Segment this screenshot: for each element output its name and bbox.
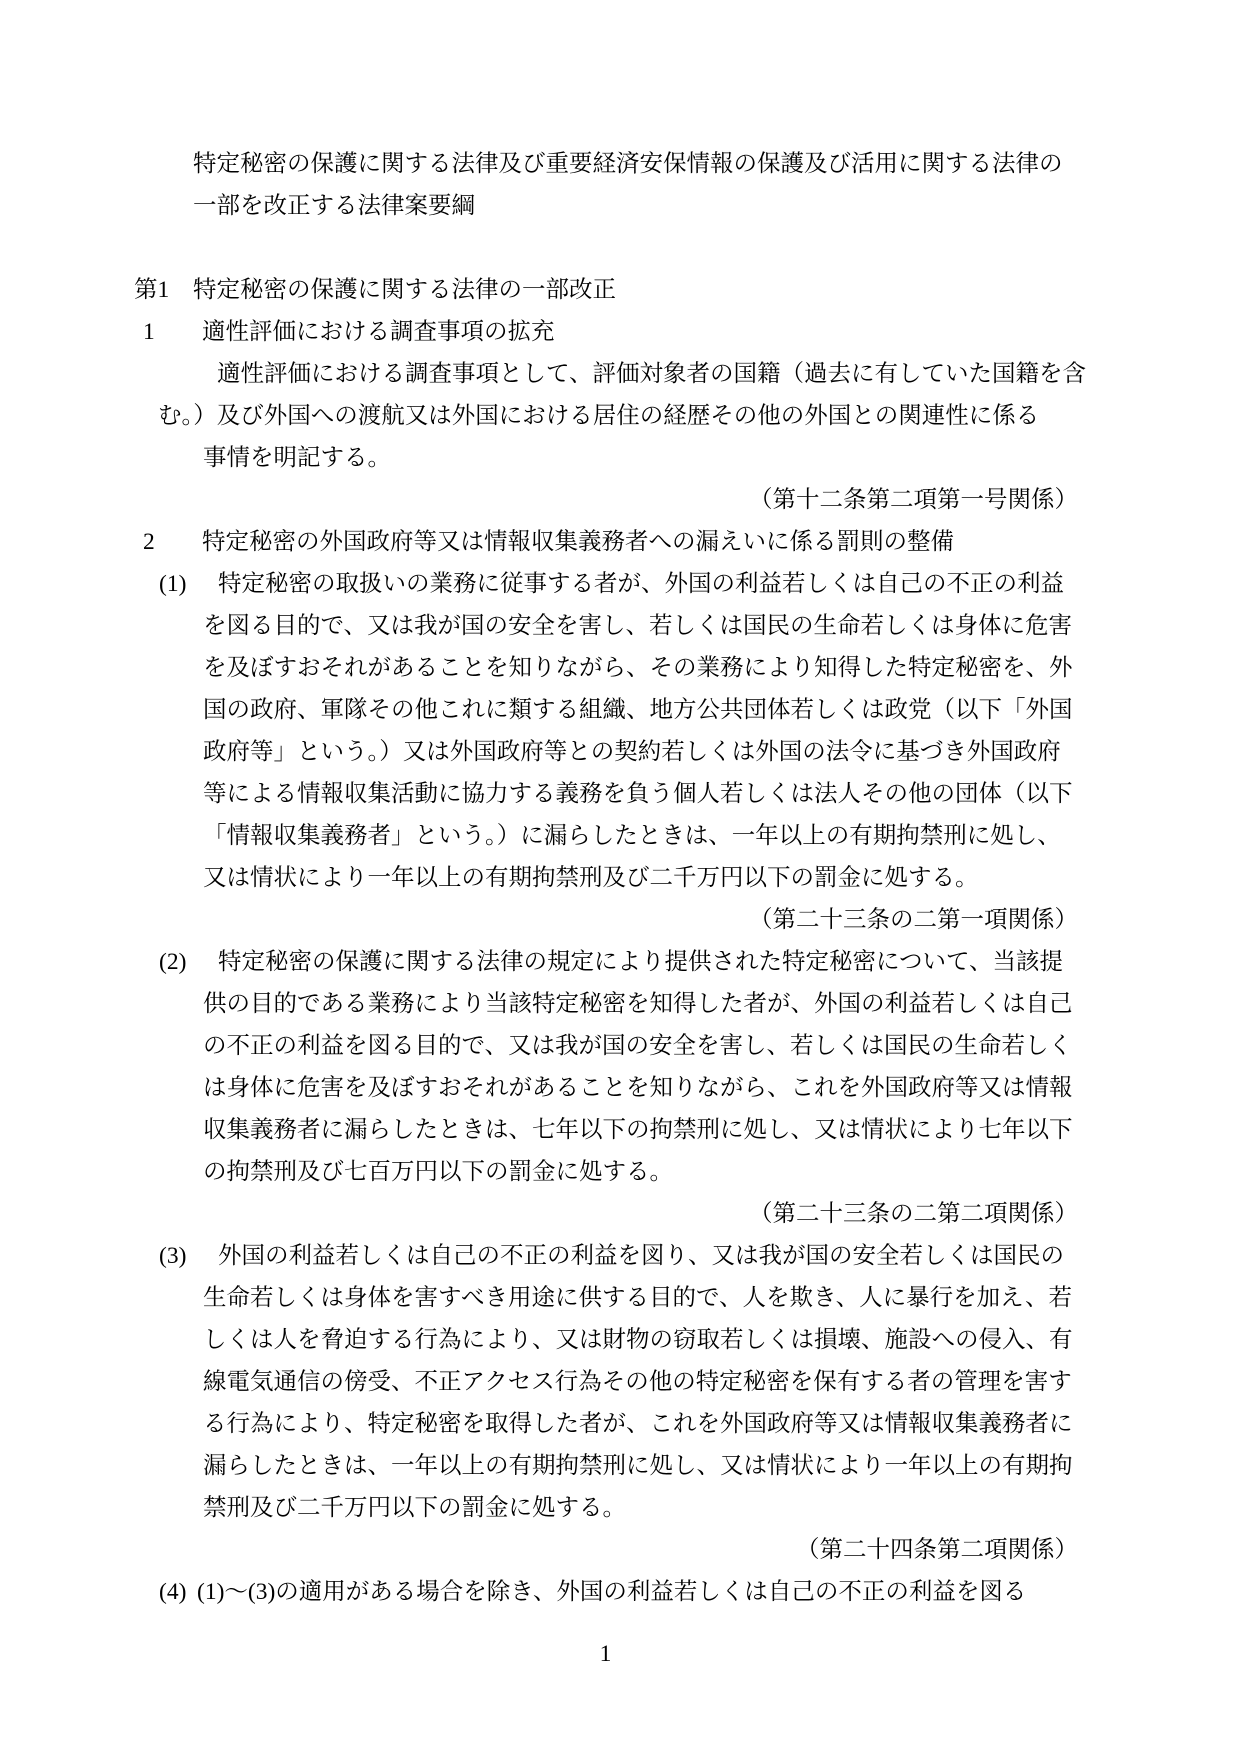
- document-title-line: 特定秘密の保護に関する法律及び重要経済安保情報の保護及び活用に関する法律の: [0, 143, 1239, 185]
- line-text: 禁刑及び二千万円以下の罰金に処する。: [203, 1487, 626, 1529]
- paragraph-line: しくは人を脅迫する行為により、又は財物の窃取若しくは損壊、施設への侵入、有: [0, 1319, 1239, 1361]
- paragraph-line: む。）及び外国への渡航又は外国における居住の経歴その他の外国との関連性に係る: [0, 395, 1239, 437]
- article-reference: （第二十三条の二第二項関係）: [0, 1193, 1239, 1235]
- paragraph-line: 政府等」という。）又は外国政府等との契約若しくは外国の法令に基づき外国政府: [0, 731, 1239, 773]
- article-reference: （第二十四条第二項関係）: [0, 1529, 1239, 1571]
- paragraph-line: を及ぼすおそれがあることを知りながら、その業務により知得した特定秘密を、外: [0, 647, 1239, 689]
- item-heading: 1適性評価における調査事項の拡充: [0, 311, 1239, 353]
- paragraph-first-line: (1)特定秘密の取扱いの業務に従事する者が、外国の利益若しくは自己の不正の利益: [0, 563, 1239, 605]
- line-text: む。）及び外国への渡航又は外国における居住の経歴その他の外国との関連性に係る: [158, 395, 1039, 437]
- paragraph-line: 又は情状により一年以上の有期拘禁刑及び二千万円以下の罰金に処する。: [0, 857, 1239, 899]
- line-text: （第二十三条の二第一項関係）: [749, 899, 1078, 941]
- line-text: を図る目的で、又は我が国の安全を害し、若しくは国民の生命若しくは身体に危害: [203, 605, 1072, 647]
- line-text: る行為により、特定秘密を取得した者が、これを外国政府等又は情報収集義務者に: [203, 1403, 1073, 1445]
- line-text: 特定秘密の外国政府等又は情報収集義務者への漏えいに係る罰則の整備: [202, 521, 954, 563]
- line-text: 供の目的である業務により当該特定秘密を知得した者が、外国の利益若しくは自己: [203, 983, 1073, 1025]
- line-text: 政府等」という。）又は外国政府等との契約若しくは外国の法令に基づき外国政府: [203, 731, 1061, 773]
- paragraph-line: 禁刑及び二千万円以下の罰金に処する。: [0, 1487, 1239, 1529]
- line-text: (1)～(3)の適用がある場合を除き、外国の利益若しくは自己の不正の利益を図る: [197, 1571, 1026, 1613]
- line-text: 国の政府、軍隊その他これに類する組織、地方公共団体若しくは政党（以下「外国: [203, 689, 1073, 731]
- paragraph-line: の不正の利益を図る目的で、又は我が国の安全を害し、若しくは国民の生命若しく: [0, 1025, 1239, 1067]
- section-heading: 第1特定秘密の保護に関する法律の一部改正: [0, 269, 1239, 311]
- line-text: （第二十四条第二項関係）: [796, 1529, 1078, 1571]
- line-text: 線電気通信の傍受、不正アクセス行為その他の特定秘密を保有する者の管理を害す: [203, 1361, 1072, 1403]
- line-text: 特定秘密の保護に関する法律の規定により提供された特定秘密について、当該提: [218, 941, 1063, 983]
- paragraph-line: は身体に危害を及ぼすおそれがあることを知りながら、これを外国政府等又は情報: [0, 1067, 1239, 1109]
- item-number: (1): [159, 563, 186, 605]
- line-text: （第二十三条の二第二項関係）: [749, 1193, 1078, 1235]
- line-text: 又は情状により一年以上の有期拘禁刑及び二千万円以下の罰金に処する。: [203, 857, 979, 899]
- paragraph-line: 収集義務者に漏らしたときは、七年以下の拘禁刑に処し、又は情状により七年以下: [0, 1109, 1239, 1151]
- paragraph-line: を図る目的で、又は我が国の安全を害し、若しくは国民の生命若しくは身体に危害: [0, 605, 1239, 647]
- line-text: 一部を改正する法律案要綱: [193, 185, 475, 227]
- line-text: の不正の利益を図る目的で、又は我が国の安全を害し、若しくは国民の生命若しく: [203, 1025, 1072, 1067]
- document-page: 特定秘密の保護に関する法律及び重要経済安保情報の保護及び活用に関する法律の一部を…: [0, 0, 1239, 1754]
- line-text: を及ぼすおそれがあることを知りながら、その業務により知得した特定秘密を、外: [203, 647, 1073, 689]
- paragraph-first-line: (3)外国の利益若しくは自己の不正の利益を図り、又は我が国の安全若しくは国民の: [0, 1235, 1239, 1277]
- paragraph-line: 国の政府、軍隊その他これに類する組織、地方公共団体若しくは政党（以下「外国: [0, 689, 1239, 731]
- line-text: 事情を明記する。: [203, 437, 391, 479]
- document-title-line: 一部を改正する法律案要綱: [0, 185, 1239, 227]
- line-text: 「情報収集義務者」という。）に漏らしたときは、一年以上の有期拘禁刑に処し、: [203, 815, 1061, 857]
- line-text: 等による情報収集活動に協力する義務を負う個人若しくは法人その他の団体（以下: [203, 773, 1073, 815]
- item-number: (4): [159, 1571, 186, 1613]
- line-text: の拘禁刑及び七百万円以下の罰金に処する。: [203, 1151, 673, 1193]
- paragraph-line: 適性評価における調査事項として、評価対象者の国籍（過去に有していた国籍を含: [0, 353, 1239, 395]
- paragraph-line: 供の目的である業務により当該特定秘密を知得した者が、外国の利益若しくは自己: [0, 983, 1239, 1025]
- paragraph-line: る行為により、特定秘密を取得した者が、これを外国政府等又は情報収集義務者に: [0, 1403, 1239, 1445]
- line-text: （第十二条第二項第一号関係）: [749, 479, 1078, 521]
- blank-line: [0, 227, 1239, 269]
- item-number: (2): [159, 941, 186, 983]
- line-text: 生命若しくは身体を害すべき用途に供する目的で、人を欺き、人に暴行を加え、若: [203, 1277, 1072, 1319]
- line-text: 漏らしたときは、一年以上の有期拘禁刑に処し、又は情状により一年以上の有期拘: [203, 1445, 1073, 1487]
- item-number: (3): [159, 1235, 186, 1277]
- article-reference: （第十二条第二項第一号関係）: [0, 479, 1239, 521]
- line-text: しくは人を脅迫する行為により、又は財物の窃取若しくは損壊、施設への侵入、有: [203, 1319, 1073, 1361]
- paragraph-line: 事情を明記する。: [0, 437, 1239, 479]
- paragraph-line: の拘禁刑及び七百万円以下の罰金に処する。: [0, 1151, 1239, 1193]
- item-number: 1: [143, 311, 155, 353]
- paragraph-line: 生命若しくは身体を害すべき用途に供する目的で、人を欺き、人に暴行を加え、若: [0, 1277, 1239, 1319]
- line-text: 適性評価における調査事項の拡充: [202, 311, 555, 353]
- paragraph-line: 漏らしたときは、一年以上の有期拘禁刑に処し、又は情状により一年以上の有期拘: [0, 1445, 1239, 1487]
- item-number: 第1: [134, 269, 169, 311]
- line-text: 外国の利益若しくは自己の不正の利益を図り、又は我が国の安全若しくは国民の: [218, 1235, 1064, 1277]
- paragraph-first-line: (4)(1)～(3)の適用がある場合を除き、外国の利益若しくは自己の不正の利益を…: [0, 1571, 1239, 1613]
- page-number: 1: [133, 1633, 1078, 1675]
- paragraph-first-line: (2)特定秘密の保護に関する法律の規定により提供された特定秘密について、当該提: [0, 941, 1239, 983]
- paragraph-line: 線電気通信の傍受、不正アクセス行為その他の特定秘密を保有する者の管理を害す: [0, 1361, 1239, 1403]
- item-heading: 2特定秘密の外国政府等又は情報収集義務者への漏えいに係る罰則の整備: [0, 521, 1239, 563]
- line-text: 特定秘密の保護に関する法律の一部改正: [193, 269, 616, 311]
- line-text: 適性評価における調査事項として、評価対象者の国籍（過去に有していた国籍を含: [217, 353, 1086, 395]
- document-body: 特定秘密の保護に関する法律及び重要経済安保情報の保護及び活用に関する法律の一部を…: [0, 143, 1239, 1613]
- line-text: 収集義務者に漏らしたときは、七年以下の拘禁刑に処し、又は情状により七年以下: [203, 1109, 1073, 1151]
- paragraph-line: 「情報収集義務者」という。）に漏らしたときは、一年以上の有期拘禁刑に処し、: [0, 815, 1239, 857]
- article-reference: （第二十三条の二第一項関係）: [0, 899, 1239, 941]
- line-text: 特定秘密の取扱いの業務に従事する者が、外国の利益若しくは自己の不正の利益: [218, 563, 1064, 605]
- line-text: 特定秘密の保護に関する法律及び重要経済安保情報の保護及び活用に関する法律の: [193, 143, 1063, 185]
- line-text: は身体に危害を及ぼすおそれがあることを知りながら、これを外国政府等又は情報: [203, 1067, 1073, 1109]
- paragraph-line: 等による情報収集活動に協力する義務を負う個人若しくは法人その他の団体（以下: [0, 773, 1239, 815]
- item-number: 2: [143, 521, 155, 563]
